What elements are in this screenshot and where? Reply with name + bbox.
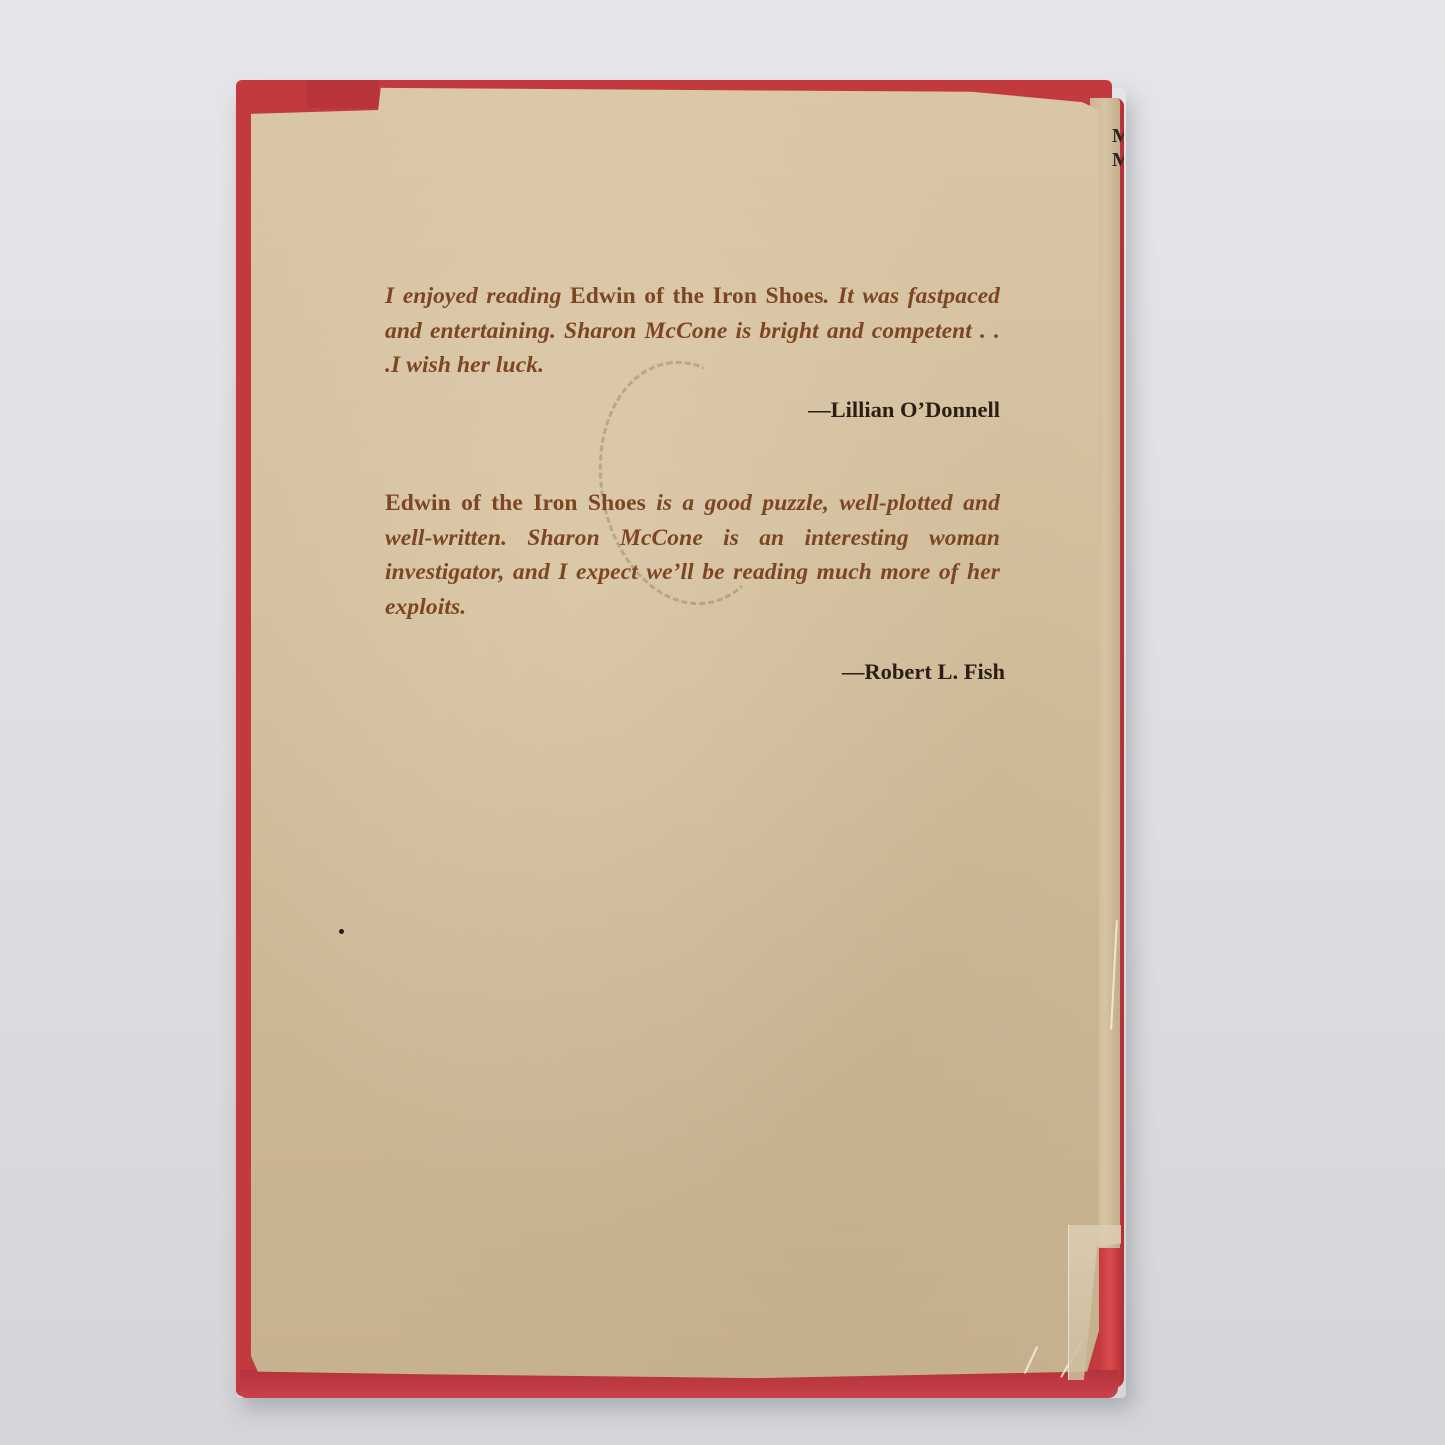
book-title: Edwin of the Iron Shoes — [570, 283, 824, 309]
blurb-quote-2: Edwin of the Iron Shoes is a good puzzle… — [385, 486, 1000, 624]
book-title: Edwin of the Iron Shoes — [385, 490, 646, 516]
blurb-attribution-2: —Robert L. Fish — [365, 659, 1005, 685]
ink-speck — [339, 929, 344, 934]
hardcover-exposed-corner — [307, 80, 379, 108]
blurb-quote-1: I enjoyed reading Edwin of the Iron Shoe… — [385, 279, 1000, 383]
blurb-attribution-1: —Lillian O’Donnell — [360, 397, 1000, 423]
spine-text: M M — [1112, 124, 1124, 172]
blurb-lead: I enjoyed reading — [385, 283, 570, 309]
